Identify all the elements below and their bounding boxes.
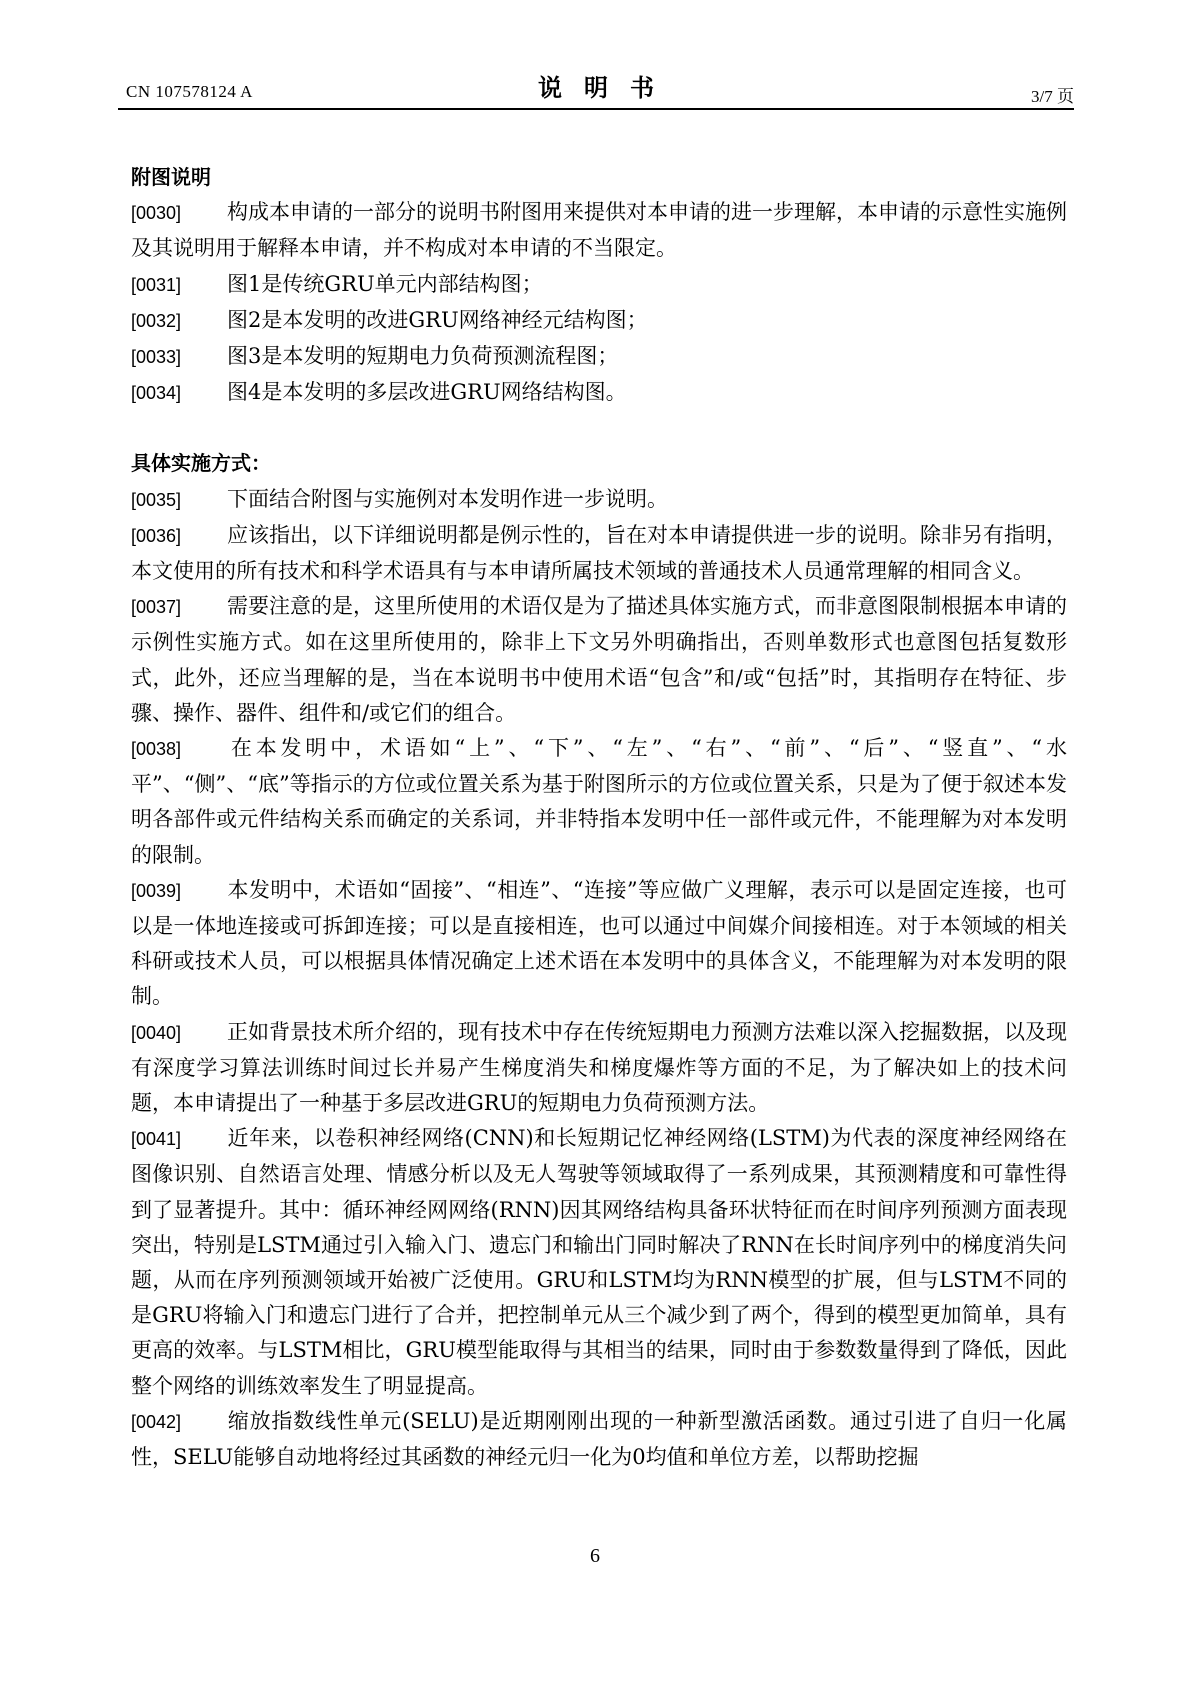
paragraph-number: [0032]: [131, 304, 227, 339]
document-title: 说明书: [118, 68, 1074, 103]
paragraph-0032: [0032]图2是本发明的改进GRU网络神经元结构图；: [131, 303, 1067, 339]
paragraph-number: [0041]: [131, 1122, 227, 1157]
paragraph-text: 图1是传统GRU单元内部结构图；: [227, 272, 543, 296]
paragraph-0038: [0038]在本发明中，术语如“上”、“下”、“左”、“右”、“前”、“后”、“…: [131, 731, 1067, 873]
paragraph-number: [0037]: [131, 590, 227, 625]
paragraph-text: 图3是本发明的短期电力负荷预测流程图；: [227, 344, 618, 368]
paragraph-number: [0033]: [131, 340, 227, 375]
header-divider: [118, 108, 1074, 110]
paragraph-0042: [0042]缩放指数线性单元(SELU)是近期刚刚出现的一种新型激活函数。通过引…: [131, 1404, 1067, 1475]
paragraph-number: [0034]: [131, 376, 227, 411]
document-body: 附图说明 [0030]构成本申请的一部分的说明书附图用来提供对本申请的进一步理解…: [131, 160, 1067, 1475]
section-heading-drawings: 附图说明: [131, 160, 1067, 195]
paragraph-text: 本发明中，术语如“固接”、“相连”、“连接”等应做广义理解，表示可以是固定连接，…: [131, 878, 1067, 1009]
page-number: 6: [0, 1545, 1190, 1568]
paragraph-text: 需要注意的是，这里所使用的术语仅是为了描述具体实施方式，而非意图限制根据本申请的…: [131, 594, 1067, 725]
paragraph-text: 缩放指数线性单元(SELU)是近期刚刚出现的一种新型激活函数。通过引进了自归一化…: [131, 1409, 1067, 1469]
paragraph-0030: [0030]构成本申请的一部分的说明书附图用来提供对本申请的进一步理解，本申请的…: [131, 195, 1067, 266]
section-heading-embodiments: 具体实施方式：: [131, 446, 1067, 481]
paragraph-number: [0035]: [131, 483, 227, 518]
paragraph-number: [0040]: [131, 1016, 227, 1051]
paragraph-number: [0036]: [131, 519, 227, 554]
paragraph-0035: [0035]下面结合附图与实施例对本发明作进一步说明。: [131, 482, 1067, 518]
paragraph-number: [0031]: [131, 268, 227, 303]
paragraph-number: [0038]: [131, 732, 227, 767]
paragraph-0039: [0039]本发明中，术语如“固接”、“相连”、“连接”等应做广义理解，表示可以…: [131, 873, 1067, 1015]
paragraph-text: 图4是本发明的多层改进GRU网络结构图。: [227, 380, 627, 404]
paragraph-number: [0042]: [131, 1405, 227, 1440]
paragraph-0040: [0040]正如背景技术所介绍的，现有技术中存在传统短期电力预测方法难以深入挖掘…: [131, 1015, 1067, 1122]
paragraph-number: [0030]: [131, 196, 227, 231]
paragraph-text: 在本发明中，术语如“上”、“下”、“左”、“右”、“前”、“后”、“竖直”、“水…: [131, 736, 1067, 867]
paragraph-0033: [0033]图3是本发明的短期电力负荷预测流程图；: [131, 339, 1067, 375]
paragraph-0037: [0037]需要注意的是，这里所使用的术语仅是为了描述具体实施方式，而非意图限制…: [131, 589, 1067, 731]
page-header: CN 107578124 A 说明书 3/7 页: [118, 64, 1074, 104]
paragraph-0034: [0034]图4是本发明的多层改进GRU网络结构图。: [131, 375, 1067, 411]
paragraph-number: [0039]: [131, 874, 227, 909]
paragraph-text: 下面结合附图与实施例对本发明作进一步说明。: [227, 487, 668, 511]
paragraph-text: 正如背景技术所介绍的，现有技术中存在传统短期电力预测方法难以深入挖掘数据，以及现…: [131, 1020, 1067, 1115]
paragraph-0036: [0036]应该指出，以下详细说明都是例示性的，旨在对本申请提供进一步的说明。除…: [131, 518, 1067, 589]
paragraph-text: 图2是本发明的改进GRU网络神经元结构图；: [227, 308, 648, 332]
paragraph-text: 近年来，以卷积神经网络(CNN)和长短期记忆神经网络(LSTM)为代表的深度神经…: [131, 1126, 1067, 1397]
paragraph-text: 应该指出，以下详细说明都是例示性的，旨在对本申请提供进一步的说明。除非另有指明，…: [131, 523, 1067, 583]
page-count: 3/7 页: [1031, 82, 1074, 107]
paragraph-0041: [0041]近年来，以卷积神经网络(CNN)和长短期记忆神经网络(LSTM)为代…: [131, 1121, 1067, 1404]
paragraph-text: 构成本申请的一部分的说明书附图用来提供对本申请的进一步理解，本申请的示意性实施例…: [131, 200, 1067, 260]
paragraph-0031: [0031]图1是传统GRU单元内部结构图；: [131, 267, 1067, 303]
